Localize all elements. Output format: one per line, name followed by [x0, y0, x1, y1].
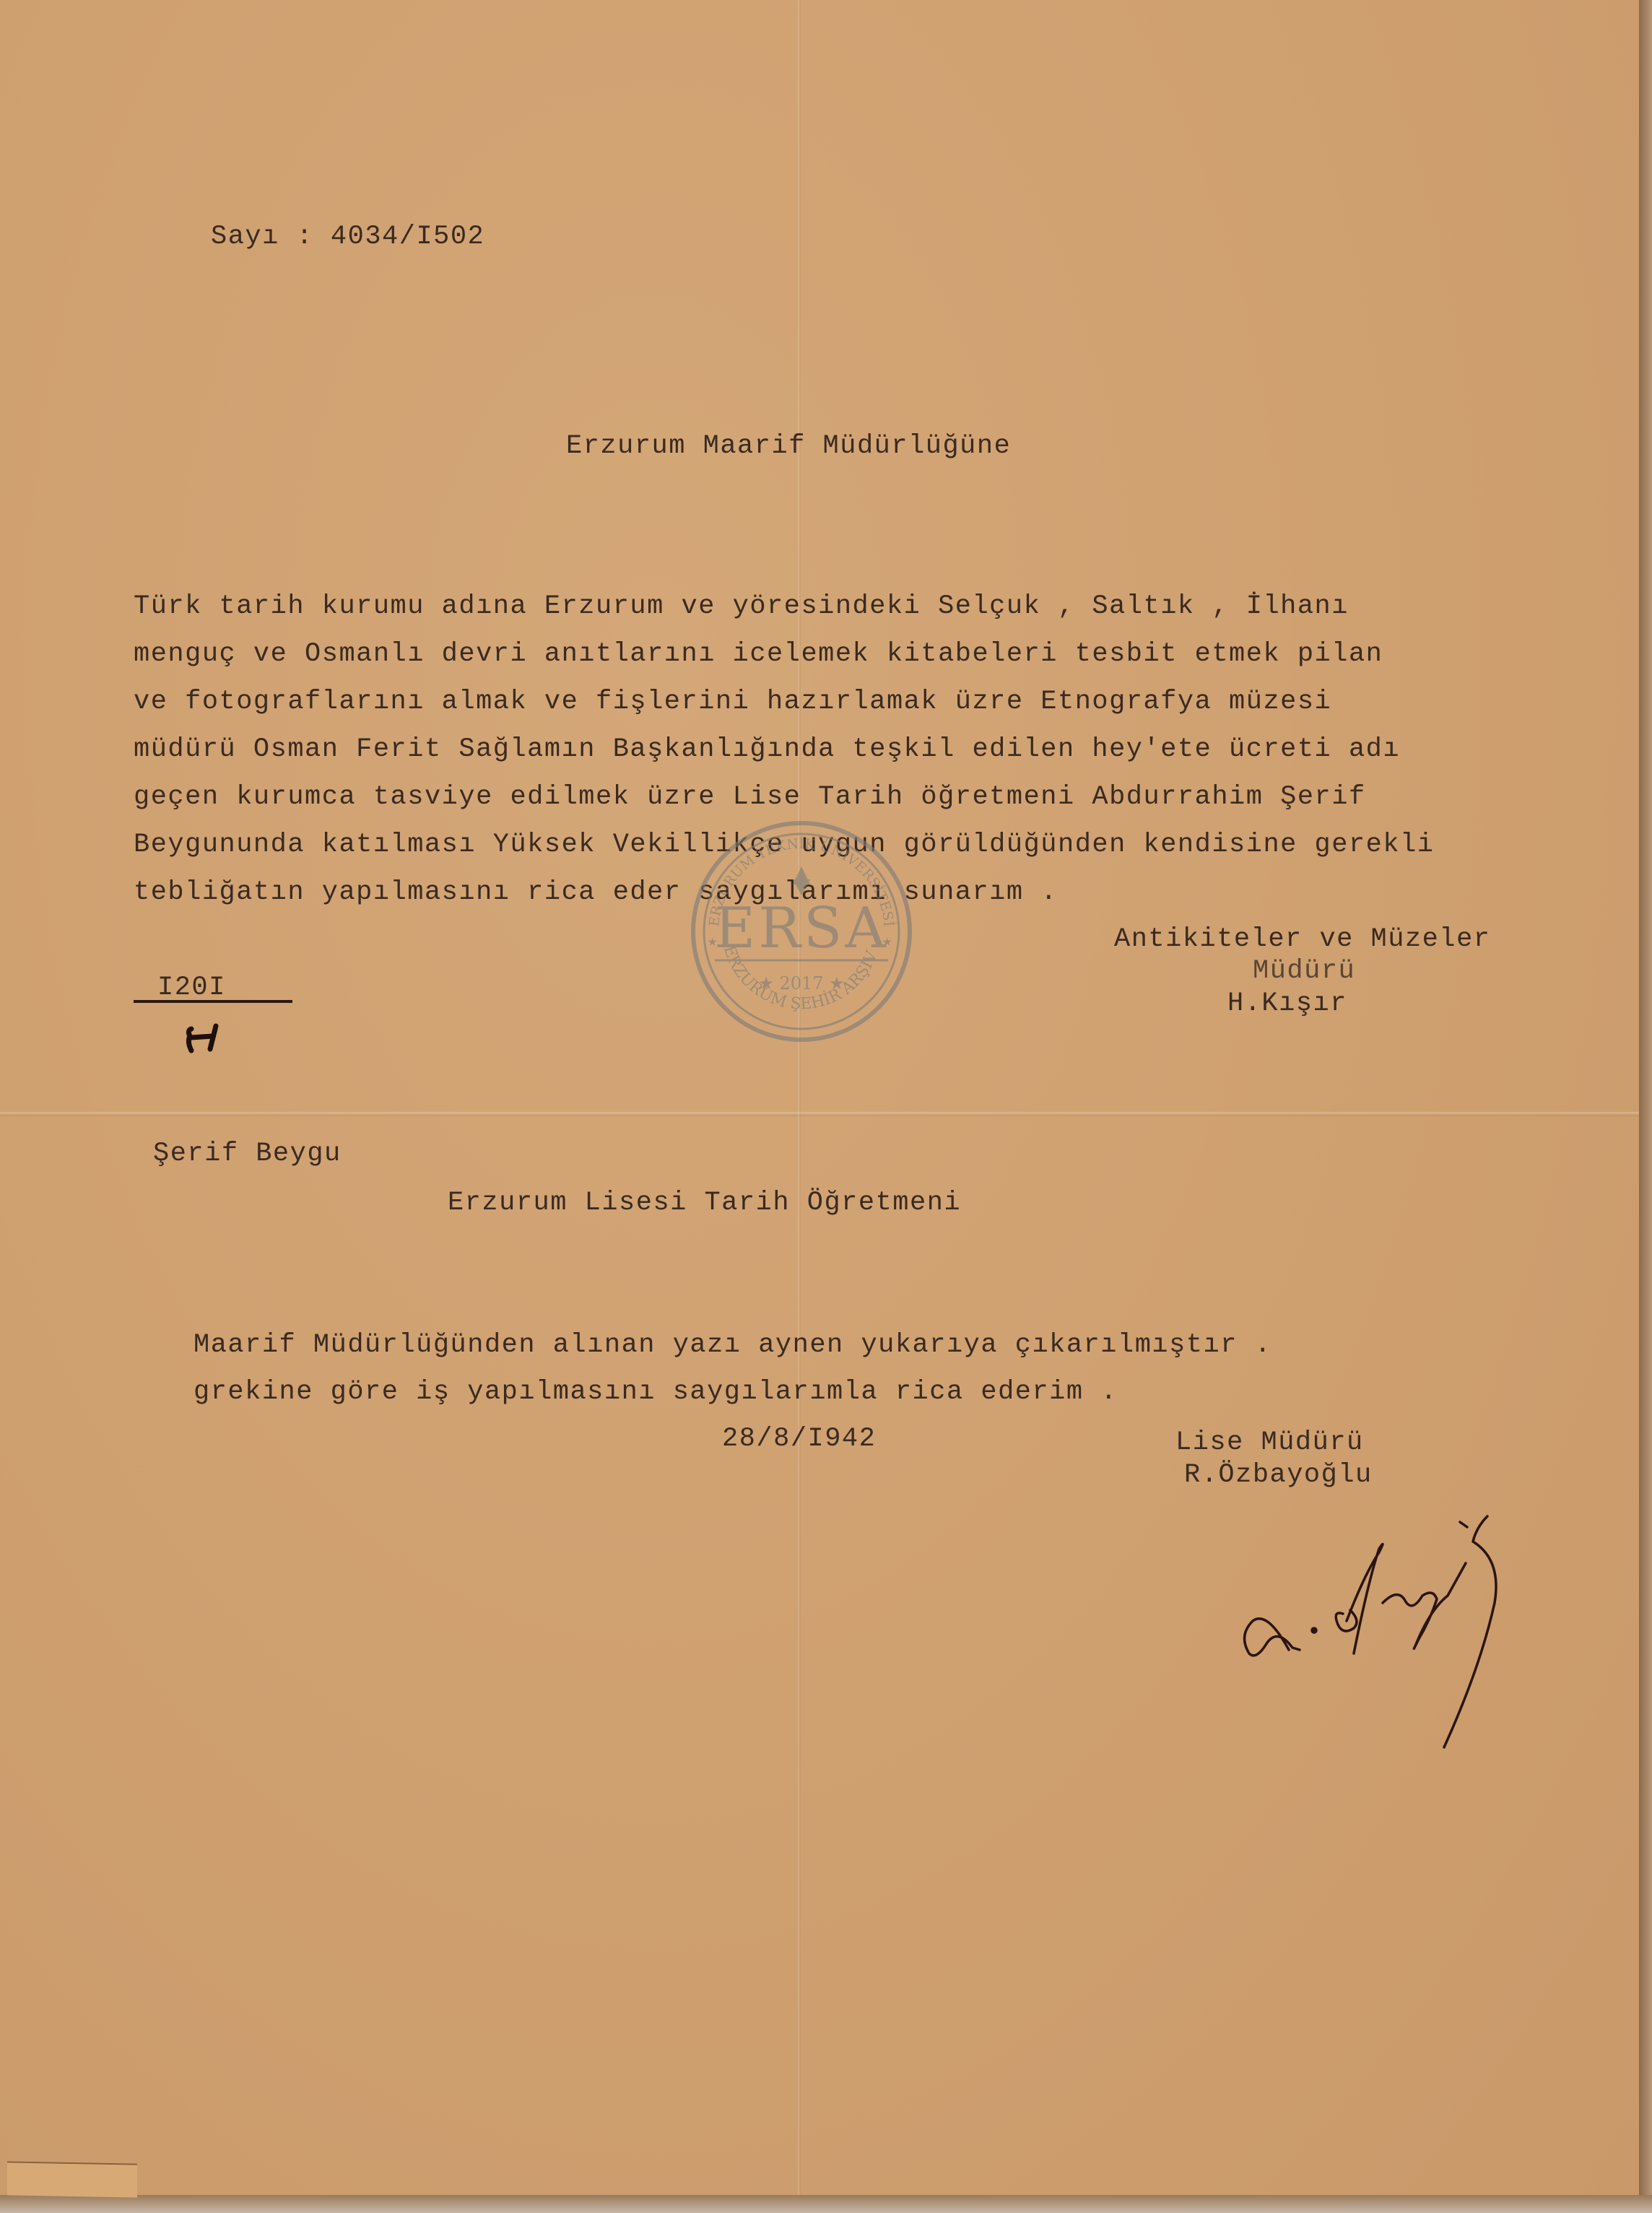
reference-number: I20I — [157, 975, 226, 1001]
horizontal-fold-line — [0, 1112, 1639, 1116]
svg-text:★: ★ — [708, 933, 717, 951]
ersa-archive-stamp-icon: ERSA ★ 2017 ★ ★ ★ ERZURUM TEKNİK ÜNİVERS… — [686, 816, 917, 1047]
svg-text:ERSA: ERSA — [714, 896, 888, 961]
paper-edge-right — [1639, 0, 1652, 2213]
paper-edge-bottom — [0, 2195, 1652, 2213]
body-line: Türk tarih kurumu adına Erzurum ve yöres… — [134, 594, 1349, 620]
handwritten-signature-icon — [1199, 1495, 1531, 1769]
signatory-2-title: Lise Müdürü — [1175, 1430, 1364, 1456]
reference-underline — [134, 1000, 292, 1003]
vertical-fold-line — [798, 0, 801, 2195]
forward-line: Maarif Müdürlüğünden alınan yazı aynen y… — [194, 1332, 1271, 1359]
document-paper — [0, 0, 1639, 2195]
document-date: 28/8/I942 — [722, 1426, 876, 1453]
body-line: geçen kurumca tasviye edilmek üzre Lise … — [134, 784, 1366, 811]
recipient-name: Şerif Beygu — [153, 1141, 342, 1168]
body-line: tebliğatın yapılmasını rica eder saygıla… — [134, 879, 1058, 906]
body-line: menguç ve Osmanlı devri anıtlarını icele… — [134, 641, 1383, 668]
body-line: müdürü Osman Ferit Sağlamın Başkanlığınd… — [134, 736, 1400, 763]
svg-text:★: ★ — [882, 933, 892, 951]
signatory-2-name: R.Özbayoğlu — [1184, 1462, 1373, 1489]
forward-line: grekine göre iş yapılmasını saygılarımla… — [194, 1379, 1118, 1406]
body-line: ve fotograflarını almak ve fişlerini haz… — [134, 689, 1331, 716]
handwritten-initial-icon — [184, 1020, 227, 1056]
recipient-title: Erzurum Lisesi Tarih Öğretmeni — [448, 1190, 961, 1217]
signatory-title-1: Antikiteler ve Müzeler — [1114, 926, 1490, 953]
document-number: Sayı : 4034/I502 — [211, 224, 484, 251]
signatory-name: H.Kışır — [1227, 991, 1347, 1017]
torn-corner — [7, 2161, 137, 2197]
signatory-title-2: Müdürü — [1253, 958, 1355, 985]
addressee-heading: Erzurum Maarif Müdürlüğüne — [566, 433, 1011, 460]
